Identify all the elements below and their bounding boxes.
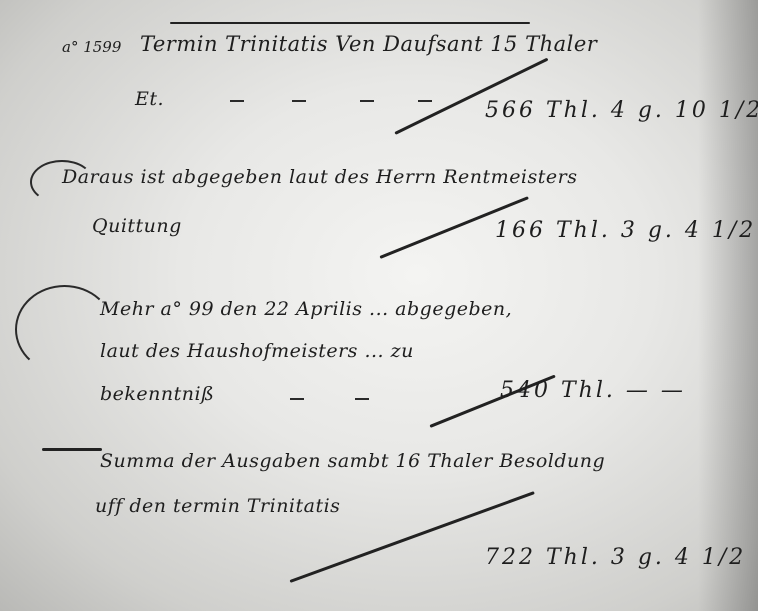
fill-dash <box>230 100 244 102</box>
heading-overline <box>170 22 530 24</box>
amount-4: 722 Thl. 3 g. 4 1/2 <box>485 545 746 570</box>
amount-2: 166 Thl. 3 g. 4 1/2 <box>495 218 756 243</box>
entry-2-line-2: Quittung <box>92 215 182 237</box>
fill-dash <box>355 398 369 400</box>
rule-stroke <box>394 58 548 135</box>
fill-dash <box>360 100 374 102</box>
entry-3-line-1: Mehr a° 99 den 22 Aprilis ... abgegeben, <box>100 298 512 320</box>
heading-line: Termin Trinitatis Ven Daufsant 15 Thaler <box>140 32 597 56</box>
amount-3: 540 Thl. — — <box>500 378 686 403</box>
ledger-page: a° 1599 Termin Trinitatis Ven Daufsant 1… <box>0 0 758 611</box>
heading-prefix: Et. <box>135 88 164 110</box>
lead-stroke <box>42 448 102 451</box>
year-margin-note: a° 1599 <box>62 38 121 56</box>
amount-1: 566 Thl. 4 g. 10 1/2 <box>485 98 758 123</box>
entry-4-line-2: uff den termin Trinitatis <box>95 495 340 517</box>
entry-2-line-1: Daraus ist abgegeben laut des Herrn Rent… <box>62 166 577 188</box>
fill-dash <box>290 398 304 400</box>
entry-3-line-2: laut des Haushofmeisters ... zu <box>100 340 414 362</box>
entry-3-line-3: bekenntniß <box>100 383 214 405</box>
page-shadow <box>698 0 758 611</box>
fill-dash <box>292 100 306 102</box>
entry-4-line-1: Summa der Ausgaben sambt 16 Thaler Besol… <box>100 450 605 472</box>
fill-dash <box>418 100 432 102</box>
